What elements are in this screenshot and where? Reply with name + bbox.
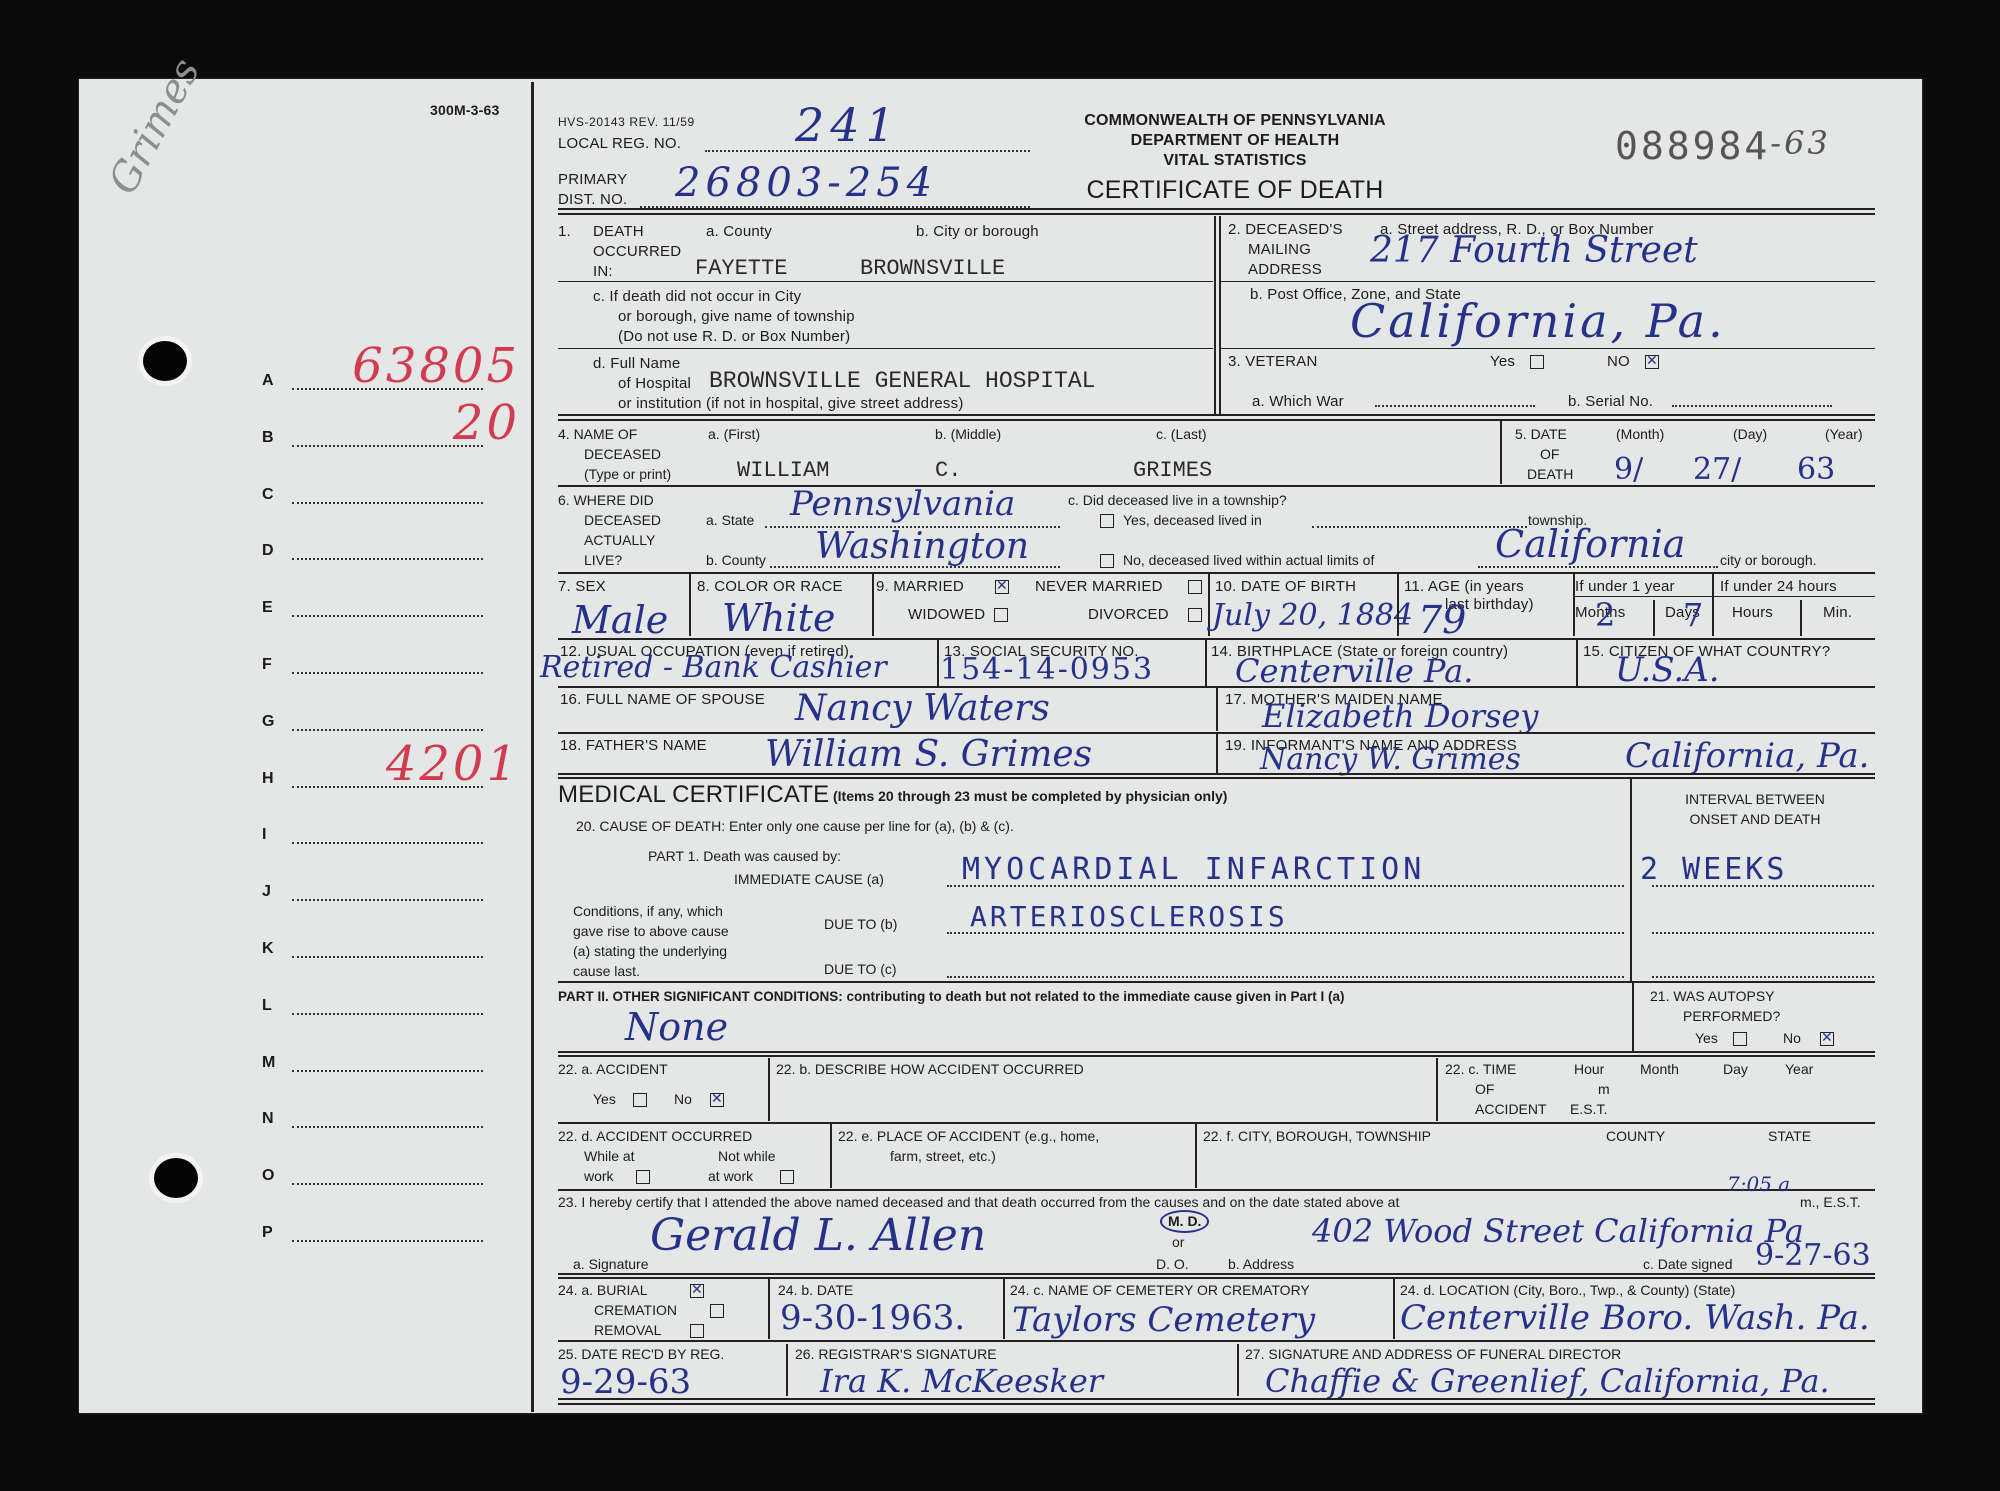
accident-yes-checkbox[interactable] <box>633 1093 647 1107</box>
autopsy-yes-checkbox[interactable] <box>1733 1032 1747 1046</box>
age-value: 79 <box>1418 598 1466 642</box>
death-day: 27/ <box>1693 452 1741 487</box>
race-value: White <box>722 596 835 640</box>
father-name-value: William S. Grimes <box>765 734 1092 775</box>
spouse-name-value: Nancy Waters <box>795 688 1050 729</box>
punch-hole-top <box>143 341 187 381</box>
death-month: 9/ <box>1614 452 1643 487</box>
stub-field-p[interactable] <box>292 1240 483 1242</box>
state-file-number: 088984-63 <box>1615 124 1831 168</box>
stub-field-g[interactable] <box>292 729 483 731</box>
death-time-value: 7:05 a <box>1727 1172 1790 1196</box>
dist-label: DIST. NO. <box>558 190 627 209</box>
age-months-value: 2 <box>1595 596 1615 634</box>
removal-checkbox[interactable] <box>690 1324 704 1338</box>
citizenship-value: U.S.A. <box>1615 650 1720 690</box>
stub-value-b: 20 <box>453 395 520 451</box>
veteran-yes-checkbox[interactable] <box>1530 355 1544 369</box>
agency-line-1: COMMONWEALTH OF PENNSYLVANIA <box>1060 111 1410 130</box>
residence-city-value: California <box>1495 522 1685 566</box>
primary-label: PRIMARY <box>558 170 627 189</box>
township-yes-checkbox[interactable] <box>1100 514 1114 528</box>
autopsy-no-checkbox[interactable] <box>1820 1032 1834 1046</box>
stub-letter-d: D <box>262 542 274 560</box>
burial-location-value: Centerville Boro. Wash. Pa. <box>1400 1298 1870 1338</box>
stub-letter-a: A <box>262 372 274 390</box>
agency-line-2: DEPARTMENT OF HEALTH <box>1060 131 1410 150</box>
accident-no-checkbox[interactable] <box>710 1093 724 1107</box>
township-no-checkbox[interactable] <box>1100 554 1114 568</box>
stub-letter-o: O <box>262 1167 274 1185</box>
physician-address-value: 402 Wood Street California Pa <box>1312 1212 1804 1250</box>
burial-checkbox[interactable] <box>690 1284 704 1298</box>
stub-field-j[interactable] <box>292 899 483 901</box>
medical-certificate-title: MEDICAL CERTIFICATE <box>558 780 829 810</box>
dist-value: 26803-254 <box>675 160 937 206</box>
hospital-name-value: BROWNSVILLE GENERAL HOSPITAL <box>709 368 1095 394</box>
ssn-value: 154-14-0953 <box>940 652 1154 687</box>
local-reg-label: LOCAL REG. NO. <box>558 134 681 153</box>
cemetery-name-value: Taylors Cemetery <box>1012 1300 1315 1340</box>
accident-at-work-checkbox[interactable] <box>636 1170 650 1184</box>
form-code: 300M-3-63 <box>430 101 500 120</box>
mother-maiden-name-value: Elizabeth Dorsey <box>1262 697 1538 735</box>
cremation-checkbox[interactable] <box>710 1304 724 1318</box>
death-county-value: FAYETTE <box>695 256 787 281</box>
stub-field-c[interactable] <box>292 502 483 504</box>
residence-county-value: Washington <box>815 526 1029 567</box>
stub-letter-p: P <box>262 1224 273 1242</box>
other-conditions-value: None <box>625 1005 728 1049</box>
accident-not-at-work-checkbox[interactable] <box>780 1170 794 1184</box>
mailing-street-value: 217 Fourth Street <box>1370 230 1698 271</box>
stub-letter-f: F <box>262 656 272 674</box>
md-circled: M. D. <box>1160 1210 1209 1233</box>
widowed-checkbox[interactable] <box>994 608 1008 622</box>
age-days-value: 7 <box>1683 596 1703 634</box>
stub-field-o[interactable] <box>292 1183 483 1185</box>
date-signed-value: 9-27-63 <box>1755 1238 1871 1273</box>
birthplace-value: Centerville Pa. <box>1235 652 1473 690</box>
stub-letter-e: E <box>262 599 273 617</box>
stub-letter-j: J <box>262 883 271 901</box>
stub-divider <box>531 82 534 1412</box>
married-checkbox[interactable] <box>995 580 1009 594</box>
death-city-value: BROWNSVILLE <box>860 256 1005 281</box>
never-married-checkbox[interactable] <box>1188 580 1202 594</box>
stub-letter-k: K <box>262 940 274 958</box>
due-to-b-value: ARTERIOSCLEROSIS <box>970 900 1288 933</box>
date-received-value: 9-29-63 <box>560 1362 691 1402</box>
physician-signature: Gerald L. Allen <box>650 1210 986 1261</box>
form-revision: HVS-20143 REV. 11/59 <box>558 113 695 132</box>
deceased-last-name: GRIMES <box>1133 458 1212 483</box>
veteran-no-checkbox[interactable] <box>1645 355 1659 369</box>
stub-letter-i: I <box>262 826 266 844</box>
stub-value-a: 63805 <box>352 338 520 394</box>
stub-value-h: 4201 <box>386 736 520 792</box>
informant-name-value: Nancy W. Grimes <box>1260 742 1521 777</box>
stub-field-f[interactable] <box>292 672 483 674</box>
sex-value: Male <box>572 598 668 642</box>
divorced-checkbox[interactable] <box>1188 608 1202 622</box>
stub-letter-l: L <box>262 997 272 1015</box>
mailing-po-value: California, Pa. <box>1350 294 1726 348</box>
stub-letter-n: N <box>262 1110 274 1128</box>
stub-field-i[interactable] <box>292 842 483 844</box>
occupation-value: Retired - Bank Cashier <box>540 650 887 685</box>
stub-field-m[interactable] <box>292 1070 483 1072</box>
funeral-director-signature: Chaffie & Greenlief, California, Pa. <box>1265 1362 1830 1400</box>
stub-field-l[interactable] <box>292 1013 483 1015</box>
informant-address-value: California, Pa. <box>1625 736 1869 776</box>
deceased-first-name: WILLIAM <box>737 458 829 483</box>
interval-a-value: 2 WEEKS <box>1640 852 1787 887</box>
stub-letter-c: C <box>262 486 274 504</box>
burial-date-value: 9-30-1963. <box>780 1298 965 1338</box>
stub-letter-h: H <box>262 770 274 788</box>
stub-field-k[interactable] <box>292 956 483 958</box>
stub-letter-b: B <box>262 429 274 447</box>
immediate-cause-value: MYOCARDIAL INFARCTION <box>962 852 1425 887</box>
local-reg-value: 241 <box>795 98 901 152</box>
stub-letter-m: M <box>262 1054 275 1072</box>
deceased-middle-initial: C. <box>935 458 961 483</box>
stub-field-e[interactable] <box>292 615 483 617</box>
punch-hole-bottom <box>154 1158 198 1198</box>
page-title: CERTIFICATE OF DEATH <box>1060 175 1410 205</box>
stub-field-n[interactable] <box>292 1126 483 1128</box>
stub-letter-g: G <box>262 713 274 731</box>
death-year: 63 <box>1797 452 1835 487</box>
agency-line-3: VITAL STATISTICS <box>1060 151 1410 170</box>
birth-date-value: July 20, 1884 <box>1212 598 1413 633</box>
residence-state-value: Pennsylvania <box>790 484 1015 524</box>
stub-field-d[interactable] <box>292 558 483 560</box>
registrar-signature: Ira K. McKeesker <box>820 1362 1103 1400</box>
